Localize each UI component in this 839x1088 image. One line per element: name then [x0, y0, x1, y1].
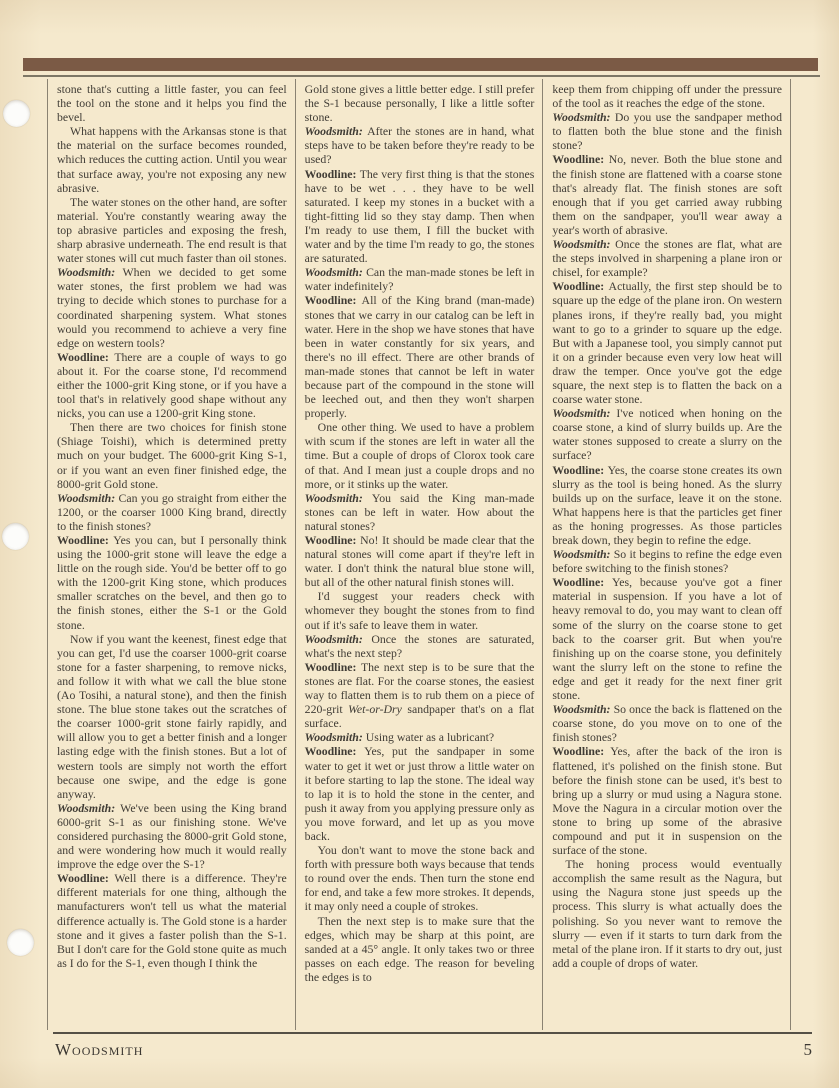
speaker-label: Woodline: [305, 293, 362, 307]
paragraph: Woodsmith: I've noticed when honing on t… [552, 406, 782, 462]
paragraph: Woodsmith: Can you go straight from eith… [57, 491, 287, 533]
paragraph: Woodline: Yes you can, but I personally … [57, 533, 287, 632]
paragraph: The water stones on the other hand, are … [57, 195, 287, 265]
paragraph: Woodsmith: Do you use the sandpaper meth… [552, 110, 782, 152]
paragraph: Woodsmith: Using water as a lubricant? [305, 730, 535, 744]
article-text-block: stone that's cutting a little faster, yo… [47, 79, 791, 1030]
paragraph: Woodline: No, never. Both the blue stone… [552, 152, 782, 237]
speaker-label: Woodsmith: [57, 491, 118, 505]
paragraph: Woodline: The next step is to be sure th… [305, 660, 535, 730]
text-column: stone that's cutting a little faster, yo… [48, 79, 295, 1030]
paragraph: Woodsmith: Can the man-made stones be le… [305, 265, 535, 293]
paragraph: Woodsmith: Once the stones are flat, wha… [552, 237, 782, 279]
speaker-label: Woodline: [552, 152, 608, 166]
speaker-label: Woodsmith: [552, 547, 613, 561]
text-column: keep them from chipping off under the pr… [542, 79, 790, 1030]
speaker-label: Woodline: [305, 167, 360, 181]
paragraph: Woodsmith: We've been using the King bra… [57, 801, 287, 871]
paragraph: Woodsmith: So it begins to refine the ed… [552, 547, 782, 575]
binder-hole [2, 523, 29, 550]
paragraph: Woodsmith: You said the King man-made st… [305, 491, 535, 533]
page-number: 5 [804, 1040, 813, 1060]
speaker-label: Woodsmith: [305, 124, 367, 138]
speaker-label: Woodsmith: [552, 702, 613, 716]
speaker-label: Woodline: [552, 463, 607, 477]
speaker-label: Woodline: [552, 575, 612, 589]
text-column: Gold stone gives a little better edge. I… [295, 79, 543, 1030]
speaker-label: Woodline: [305, 533, 360, 547]
top-rule-bar [23, 58, 818, 71]
speaker-label: Woodline: [57, 533, 113, 547]
paragraph: You don't want to move the stone back an… [305, 843, 535, 913]
speaker-label: Woodsmith: [57, 265, 123, 279]
magazine-page: { "page": { "paper_color": "#f5e9cd", "a… [0, 0, 839, 1088]
paragraph: Woodline: Yes, the coarse stone creates … [552, 463, 782, 548]
paragraph: Woodsmith: When we decided to get some w… [57, 265, 287, 350]
speaker-label: Woodline: [57, 871, 114, 885]
paragraph: keep them from chipping off under the pr… [552, 82, 782, 110]
speaker-label: Woodline: [552, 279, 608, 293]
paragraph: Woodline: Actually, the first step shoul… [552, 279, 782, 406]
paragraph: Woodsmith: Once the stones are saturated… [305, 632, 535, 660]
paragraph: I'd suggest your readers check with whom… [305, 589, 535, 631]
paragraph: Woodline: There are a couple of ways to … [57, 350, 287, 420]
speaker-label: Woodsmith: [57, 801, 120, 815]
speaker-label: Woodline: [552, 744, 610, 758]
speaker-label: Woodline: [305, 660, 361, 674]
paragraph: The honing process would eventually acco… [552, 857, 782, 970]
paragraph: One other thing. We used to have a probl… [305, 420, 535, 490]
paragraph: Woodline: The very first thing is that t… [305, 167, 535, 266]
speaker-label: Woodsmith: [305, 491, 372, 505]
paragraph: Woodline: Yes, after the back of the iro… [552, 744, 782, 857]
paragraph: Woodline: Yes, because you've got a fine… [552, 575, 782, 702]
speaker-label: Woodsmith: [552, 406, 616, 420]
paragraph: Woodsmith: After the stones are in hand,… [305, 124, 535, 166]
footer-brand: Woodsmith [55, 1040, 143, 1060]
paragraph: Now if you want the keenest, finest edge… [57, 632, 287, 801]
top-hairline-rule [23, 75, 820, 77]
speaker-label: Woodsmith: [552, 110, 614, 124]
footer-rule [53, 1032, 812, 1034]
paragraph: Woodline: Well there is a difference. Th… [57, 871, 287, 970]
paragraph: Woodline: Yes, put the sandpaper in some… [305, 744, 535, 843]
paragraph: Woodline: All of the King brand (man-mad… [305, 293, 535, 420]
speaker-label: Woodline: [305, 744, 365, 758]
speaker-label: Woodsmith: [552, 237, 615, 251]
binder-hole [7, 929, 34, 956]
binder-hole [3, 100, 30, 127]
paragraph: Woodline: No! It should be made clear th… [305, 533, 535, 589]
paragraph: stone that's cutting a little faster, yo… [57, 82, 287, 124]
speaker-label: Woodsmith: [305, 730, 366, 744]
paragraph: Then the next step is to make sure that … [305, 914, 535, 984]
paragraph: Gold stone gives a little better edge. I… [305, 82, 535, 124]
paragraph: Then there are two choices for finish st… [57, 420, 287, 490]
speaker-label: Woodline: [57, 350, 114, 364]
speaker-label: Woodsmith: [305, 632, 372, 646]
paragraph: What happens with the Arkansas stone is … [57, 124, 287, 194]
paragraph: Woodsmith: So once the back is flattened… [552, 702, 782, 744]
speaker-label: Woodsmith: [305, 265, 366, 279]
